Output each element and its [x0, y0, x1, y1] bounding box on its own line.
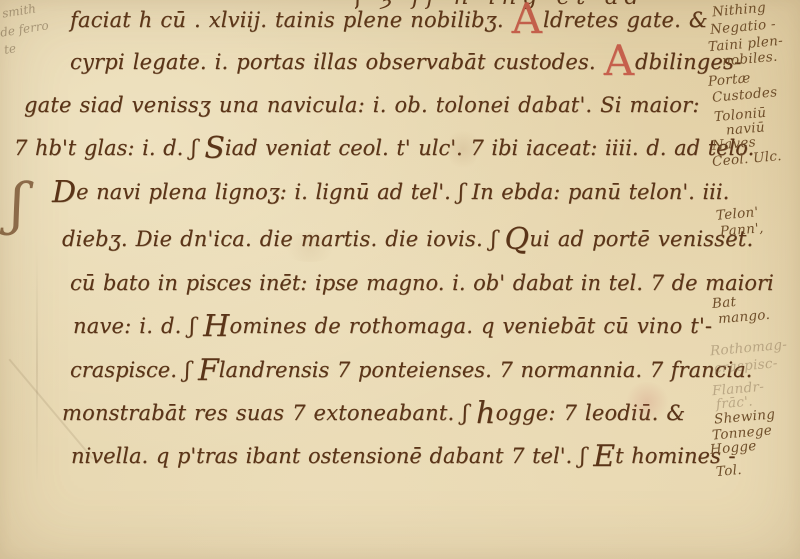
- paragraph-mark: ʃ: [10, 172, 25, 237]
- right-margin-note: Pann',: [719, 220, 764, 240]
- manuscript-line: gate siad venissʒ una navicula: i. ob. t…: [24, 93, 700, 117]
- line-text: gate siad venissʒ una navicula: i. ob. t…: [24, 93, 700, 117]
- line-text: nivella. q p'tras ibant ostensionē daban…: [71, 444, 593, 468]
- line-text: diebʒ. Die dn'ica. die martis. die iovis…: [62, 227, 505, 251]
- line-text: cū bato in pisces inēt: ipse magno. i. o…: [70, 271, 774, 295]
- manuscript-line: diebʒ. Die dn'ica. die martis. die iovis…: [62, 227, 753, 251]
- left-margin-note: de ferro: [0, 18, 50, 39]
- line-text: cyrpi legate. i. portas illas observabāt…: [70, 50, 604, 74]
- large-initial: H: [203, 309, 229, 344]
- large-initial: F: [198, 353, 219, 388]
- line-text: iad veniat ceol. t' ulc'. 7 ibi iaceat: …: [225, 136, 754, 160]
- line-text: faciat h cū . xlviij. tainis plene nobil…: [70, 8, 512, 32]
- red-initial: A: [604, 36, 635, 85]
- red-initial: A: [512, 0, 543, 43]
- large-initial: E: [593, 439, 615, 474]
- left-margin-note: smith: [1, 1, 37, 20]
- right-margin-note: Hogge: [709, 438, 757, 458]
- line-text: craspisce. ʃ: [70, 358, 198, 382]
- manuscript-line: 7 hb't glas: i. d. ʃ Siad veniat ceol. t…: [14, 136, 754, 160]
- line-text: ogge: 7 leodiū. &: [496, 401, 686, 425]
- right-margin-note: nobiles.: [721, 49, 778, 70]
- manuscript-line: craspisce. ʃ Flandrensis 7 ponteienses. …: [70, 358, 752, 382]
- right-margin-note: Tol.: [715, 462, 742, 480]
- line-text: ldretes gate. &: [543, 8, 708, 32]
- manuscript-line: De navi plena lignoʒ: i. lignū ad tel'. …: [52, 180, 729, 204]
- line-text: landrensis 7 ponteienses. 7 normannia. 7…: [219, 358, 753, 382]
- manuscript-line: monstrabāt res suas 7 extoneabant. ʃ hog…: [62, 401, 685, 425]
- parchment-crease: [36, 250, 38, 485]
- manuscript-line: cū bato in pisces inēt: ipse magno. i. o…: [70, 271, 774, 295]
- line-text: monstrabāt res suas 7 extoneabant. ʃ: [62, 401, 476, 425]
- manuscript-line: nave: i. d. ʃ Homines de rothomaga. q ve…: [73, 314, 712, 338]
- line-text: nave: i. d. ʃ: [73, 314, 203, 338]
- large-initial: D: [52, 175, 76, 210]
- right-margin-note: mango.: [717, 307, 770, 327]
- manuscript-line: faciat h cū . xlviij. tainis plene nobil…: [70, 8, 708, 32]
- manuscript-page: ʃ ȝ ſſ h ing et ad smith de ferro te ʃ f…: [0, 0, 800, 559]
- large-initial: S: [204, 131, 225, 166]
- left-margin-note: te: [3, 41, 17, 57]
- manuscript-line: cyrpi legate. i. portas illas observabāt…: [70, 50, 741, 74]
- manuscript-line: nivella. q p'tras ibant ostensionē daban…: [71, 444, 736, 468]
- line-text: omines de rothomaga. q veniebāt cū vino …: [230, 314, 713, 338]
- large-initial: h: [476, 396, 496, 431]
- large-initial: Q: [505, 222, 530, 257]
- line-text: e navi plena lignoʒ: i. lignū ad tel'. ʃ…: [76, 180, 729, 204]
- line-text: 7 hb't glas: i. d. ʃ: [14, 136, 204, 160]
